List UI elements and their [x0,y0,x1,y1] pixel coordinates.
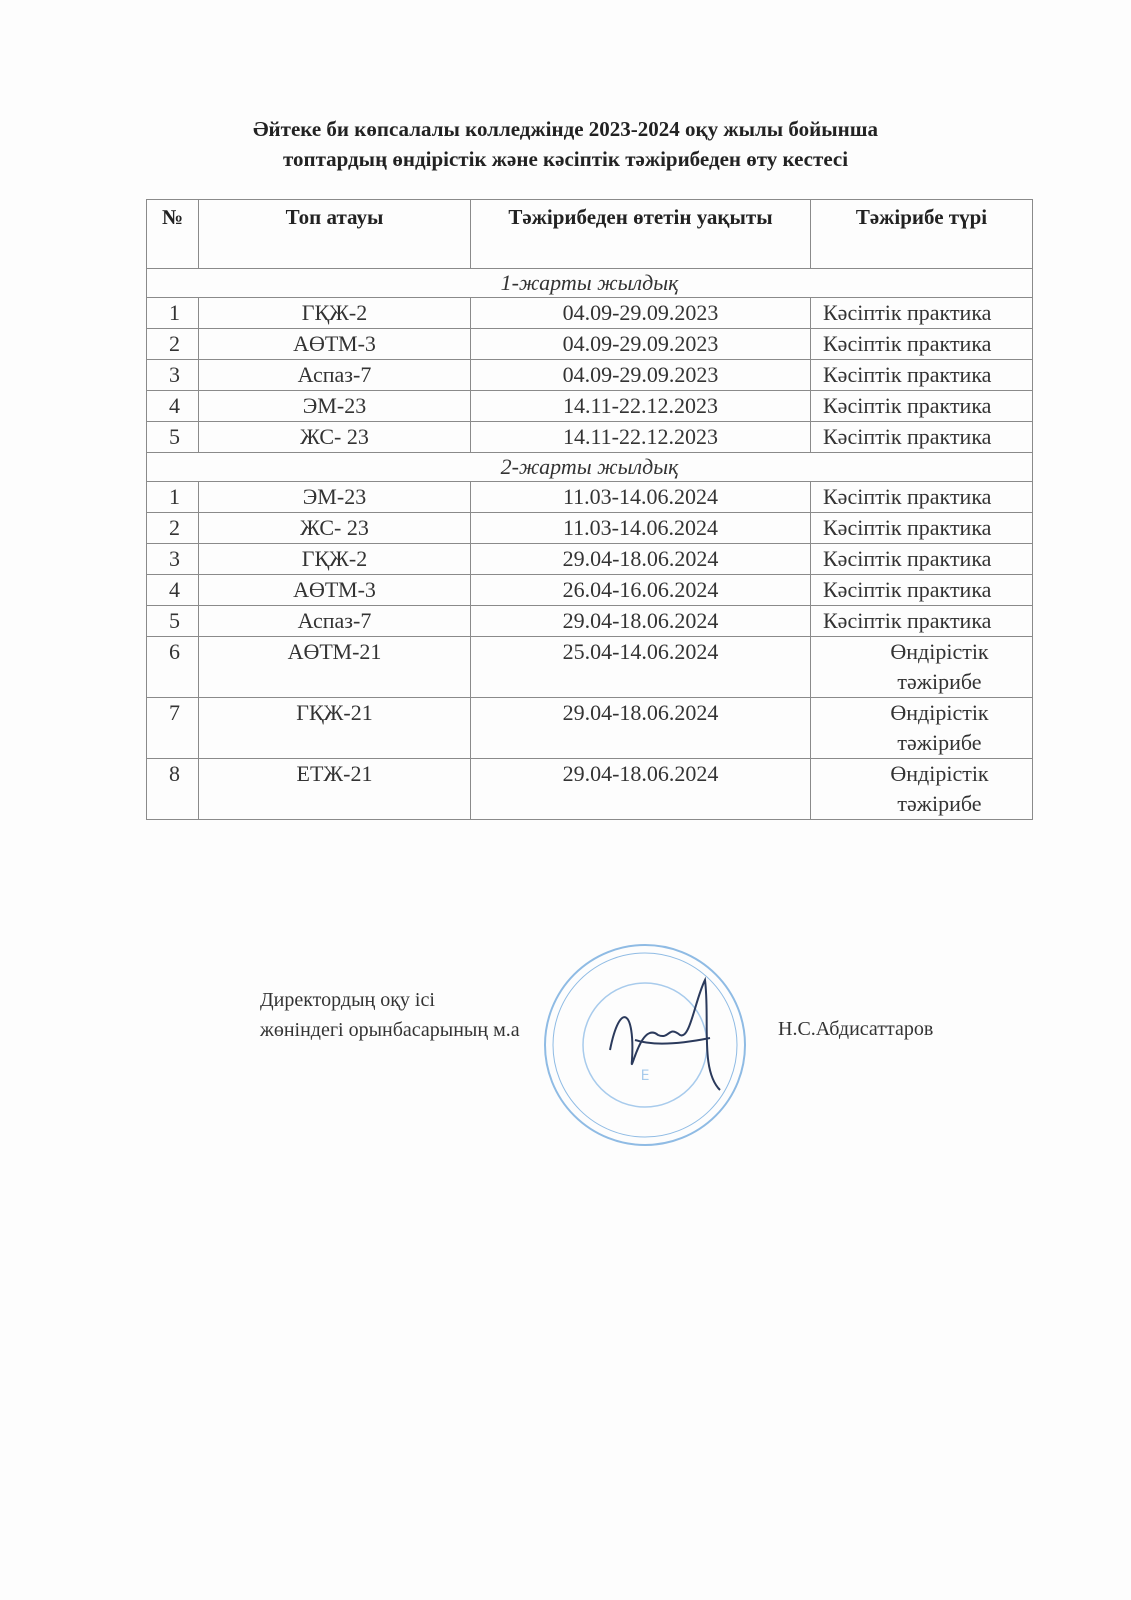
row-number: 5 [147,422,199,453]
table-row: 7ГҚЖ-2129.04-18.06.2024Өндірістік тәжіри… [147,698,1033,759]
practice-type: Кәсіптік практика [811,513,1033,544]
group-name: АӨТМ-3 [199,329,471,360]
table-row: 5Аспаз-729.04-18.06.2024Кәсіптік практик… [147,606,1033,637]
row-number: 2 [147,329,199,360]
practice-type: Кәсіптік практика [811,606,1033,637]
table-header-row: № Топ атауы Тәжірибеден өтетін уақыты Тә… [147,200,1033,269]
header-group-name: Топ атауы [199,200,471,269]
header-period: Тәжірибеден өтетін уақыты [471,200,811,269]
practice-period: 29.04-18.06.2024 [471,698,811,759]
table-row: 4ЭМ-2314.11-22.12.2023Кәсіптік практика [147,391,1033,422]
table-row: 2ЖС- 2311.03-14.06.2024Кәсіптік практика [147,513,1033,544]
row-number: 1 [147,482,199,513]
practice-type: Кәсіптік практика [811,391,1033,422]
practice-type: Кәсіптік практика [811,360,1033,391]
practice-period: 26.04-16.06.2024 [471,575,811,606]
table-row: 1ЭМ-2311.03-14.06.2024Кәсіптік практика [147,482,1033,513]
section-label: 1-жарты жылдық [147,269,1033,298]
section-row: 2-жарты жылдық [147,453,1033,482]
row-number: 3 [147,360,199,391]
table-row: 3Аспаз-704.09-29.09.2023Кәсіптік практик… [147,360,1033,391]
signature-position: Директордың оқу ісі жөніндегі орынбасары… [260,985,520,1045]
schedule-table: № Топ атауы Тәжірибеден өтетін уақыты Тә… [146,199,1033,820]
practice-period: 14.11-22.12.2023 [471,422,811,453]
group-name: ЖС- 23 [199,422,471,453]
section-row: 1-жарты жылдық [147,269,1033,298]
practice-period: 04.09-29.09.2023 [471,360,811,391]
practice-period: 29.04-18.06.2024 [471,759,811,820]
practice-period: 25.04-14.06.2024 [471,637,811,698]
practice-type: Өндірістік тәжірибе [811,759,1033,820]
position-line-1: Директордың оқу ісі [260,985,520,1015]
table-row: 1ГҚЖ-204.09-29.09.2023Кәсіптік практика [147,298,1033,329]
practice-period: 04.09-29.09.2023 [471,329,811,360]
practice-period: 04.09-29.09.2023 [471,298,811,329]
document-title: Әйтеке би көпсалалы колледжінде 2023-202… [0,114,1131,174]
table-row: 3ГҚЖ-229.04-18.06.2024Кәсіптік практика [147,544,1033,575]
row-number: 3 [147,544,199,575]
group-name: ГҚЖ-2 [199,544,471,575]
official-stamp-icon: E [540,940,750,1150]
svg-text:E: E [641,1068,650,1084]
header-practice-type: Тәжірибе түрі [811,200,1033,269]
group-name: ЭМ-23 [199,482,471,513]
title-line-1: Әйтеке би көпсалалы колледжінде 2023-202… [0,114,1131,144]
section-label: 2-жарты жылдық [147,453,1033,482]
table-row: 5ЖС- 2314.11-22.12.2023Кәсіптік практика [147,422,1033,453]
table-row: 6АӨТМ-2125.04-14.06.2024Өндірістік тәжір… [147,637,1033,698]
row-number: 7 [147,698,199,759]
practice-type: Кәсіптік практика [811,482,1033,513]
header-number: № [147,200,199,269]
row-number: 5 [147,606,199,637]
row-number: 6 [147,637,199,698]
title-line-2: топтардың өндірістік және кәсіптік тәжір… [0,144,1131,174]
position-line-2: жөніндегі орынбасарының м.а [260,1015,520,1045]
group-name: ГҚЖ-2 [199,298,471,329]
practice-type: Кәсіптік практика [811,298,1033,329]
group-name: ЖС- 23 [199,513,471,544]
table-row: 2АӨТМ-304.09-29.09.2023Кәсіптік практика [147,329,1033,360]
row-number: 4 [147,391,199,422]
practice-type: Өндірістік тәжірибе [811,698,1033,759]
group-name: АӨТМ-21 [199,637,471,698]
practice-type: Кәсіптік практика [811,544,1033,575]
practice-type: Кәсіптік практика [811,329,1033,360]
group-name: ЭМ-23 [199,391,471,422]
row-number: 8 [147,759,199,820]
group-name: ГҚЖ-21 [199,698,471,759]
practice-period: 29.04-18.06.2024 [471,544,811,575]
practice-period: 11.03-14.06.2024 [471,482,811,513]
practice-period: 14.11-22.12.2023 [471,391,811,422]
row-number: 4 [147,575,199,606]
practice-type: Кәсіптік практика [811,422,1033,453]
row-number: 2 [147,513,199,544]
table-row: 4АӨТМ-326.04-16.06.2024Кәсіптік практика [147,575,1033,606]
table-row: 8ЕТЖ-2129.04-18.06.2024Өндірістік тәжіри… [147,759,1033,820]
group-name: Аспаз-7 [199,606,471,637]
group-name: ЕТЖ-21 [199,759,471,820]
practice-period: 11.03-14.06.2024 [471,513,811,544]
practice-type: Кәсіптік практика [811,575,1033,606]
signer-name: Н.С.Абдисаттаров [778,1018,933,1041]
group-name: АӨТМ-3 [199,575,471,606]
practice-type: Өндірістік тәжірибе [811,637,1033,698]
group-name: Аспаз-7 [199,360,471,391]
practice-period: 29.04-18.06.2024 [471,606,811,637]
row-number: 1 [147,298,199,329]
